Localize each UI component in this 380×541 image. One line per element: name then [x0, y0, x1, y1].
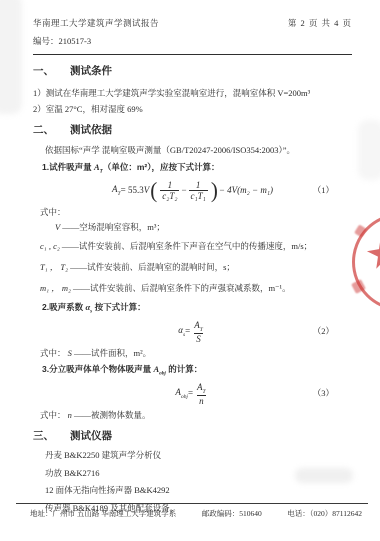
formula-var-row-c: c₁ , c₂ ——试件安装前、后混响室条件下声音在空气中的传播速度，m/s；	[33, 241, 352, 252]
subsection-3-text-post: 的计算：	[168, 364, 202, 374]
instrument-item: 12 面体无指向性扬声器 B&K4292	[33, 485, 352, 496]
section-heading-test-conditions: 一、 测试条件	[33, 65, 352, 79]
paren-close: )	[211, 180, 218, 202]
fraction-num: AT	[192, 320, 205, 333]
var-desc: ——空场混响室容积，m³；	[62, 222, 165, 233]
var-desc: ——被测物体数量。	[74, 410, 151, 420]
instrument-item: 功放 B&K2716	[33, 468, 352, 479]
subsection-1-label: 1.试件吸声量 AT（单位：m²），应按下式计算：	[33, 162, 352, 176]
doc-number-row: 编号：210517-3	[33, 36, 352, 47]
formula-1: AT = 55.3 V ( 1 c₂T₂ − 1 c₁T₁ ) − 4V(m₂ …	[33, 180, 352, 202]
var-desc: ——试件安装前、后混响室条件下的声强衰减系数，m⁻¹。	[73, 283, 291, 294]
instrument-item: 丹麦 B&K2250 建筑声学分析仪	[33, 450, 352, 461]
standard-reference: 依据国标“声学 混响室吸声测量（GB/T20247-2006/ISO354:20…	[33, 145, 352, 156]
symbol-AT: AT	[94, 162, 103, 172]
paren-open: (	[150, 180, 157, 202]
minus-sign: −	[181, 185, 186, 197]
subsection-3-text: 3.分立吸声体单个物体吸声量	[42, 364, 151, 374]
formula-3-eq: =	[188, 388, 193, 400]
scanned-report-page: 华南理工大学建筑声学测试报告 第 2 页 共 4 页 编号：210517-3 一…	[0, 0, 380, 541]
where-row-2: 式中： S ——试件面积，m²。	[33, 348, 352, 359]
subsection-2-label: 2.吸声系数 αs 按下式计算：	[33, 302, 352, 316]
section-title: 测试依据	[70, 124, 112, 138]
formula-1-tail: − 4V(m₂ − m₁)	[219, 185, 273, 197]
subsection-1-text-post: （单位：m²），应按下式计算：	[103, 162, 220, 172]
section-number: 三、	[33, 430, 54, 444]
symbol-A-obj: Aobj	[153, 364, 165, 374]
fraction-4: AT n	[195, 382, 208, 407]
formula-3: Aobj = AT n （3）	[33, 382, 352, 407]
page-header: 华南理工大学建筑声学测试报告 第 2 页 共 4 页	[33, 18, 352, 29]
where-label: 式中：	[40, 410, 66, 420]
section-heading-test-instruments: 三、 测试仪器	[33, 430, 352, 444]
formula-var-row-V: V ——空场混响室容积，m³；	[33, 222, 352, 233]
var-desc: ——试件面积，m²。	[74, 348, 151, 358]
formula-var-row-m: m₁ ， m₂ ——试件安装前、后混响室条件下的声强衰减系数，m⁻¹。	[33, 283, 352, 294]
where-label: 式中：	[40, 348, 66, 358]
formula-1-V: V	[144, 185, 150, 197]
scan-artifact	[358, 120, 380, 180]
header-rule	[33, 54, 352, 55]
footer-address: 地址：广州市 五山路 华南理工大学建筑学系	[30, 509, 176, 519]
formula-1-lhs: AT	[112, 184, 121, 198]
subsection-2-text: 2.吸声系数	[42, 302, 83, 312]
var-symbol: V	[55, 222, 60, 233]
formula-2: αs = AT S （2）	[33, 320, 352, 345]
where-label-1: 式中：	[33, 207, 352, 218]
subsection-2-text-post: 按下式计算：	[95, 302, 146, 312]
where-row-3: 式中： n ——被测物体数量。	[33, 410, 352, 421]
subsection-3-label: 3.分立吸声体单个物体吸声量 Aobj 的计算：	[33, 364, 352, 378]
subsection-1-text: 1.试件吸声量	[42, 162, 92, 172]
section-heading-test-basis: 二、 测试依据	[33, 124, 352, 138]
var-symbol: S	[68, 348, 72, 358]
var-symbol: n	[68, 410, 72, 420]
fraction-num: AT	[195, 382, 208, 395]
formula-var-row-T: T₁ ， T₂ ——试件安装前、后混响室的混响时间，s；	[33, 262, 352, 273]
var-symbol: m₁ ， m₂	[40, 283, 71, 294]
condition-item-1: 1）测试在华南理工大学建筑声学实验室混响室进行，混响室体积 V=200m³	[33, 88, 352, 99]
fraction-2: 1 c₁T₁	[189, 180, 208, 202]
formula-2-eq: =	[185, 326, 190, 338]
footer-phone: 电话：（020）87112642	[287, 509, 362, 519]
section-title: 测试仪器	[70, 430, 112, 444]
equation-number-2: （2）	[313, 326, 334, 337]
var-symbol: c₁ , c₂	[40, 241, 60, 252]
formula-2-lhs: αs	[178, 325, 185, 339]
var-desc: ——试件安装前、后混响室的混响时间，s；	[70, 262, 235, 273]
page-content: 华南理工大学建筑声学测试报告 第 2 页 共 4 页 编号：210517-3 一…	[33, 18, 352, 514]
footer-postcode: 邮政编码：510640	[202, 509, 262, 519]
formula-1-eq: = 55.3	[121, 185, 144, 197]
section-title: 测试条件	[70, 65, 112, 79]
equation-number-3: （3）	[313, 388, 334, 399]
equation-number-1: （1）	[313, 185, 334, 196]
report-title: 华南理工大学建筑声学测试报告	[33, 18, 159, 29]
section-number: 一、	[33, 65, 54, 79]
condition-item-2: 2）室温 27°C，相对湿度 69%	[33, 104, 352, 115]
section-number: 二、	[33, 124, 54, 138]
var-desc: ——试件安装前、后混响室条件下声音在空气中的传播速度，m/s；	[62, 241, 312, 252]
var-symbol: T₁ ， T₂	[40, 262, 68, 273]
page-indicator: 第 2 页 共 4 页	[288, 18, 352, 29]
page-footer: 地址：广州市 五山路 华南理工大学建筑学系 邮政编码：510640 电话：（02…	[16, 503, 368, 519]
fraction-1: 1 c₂T₂	[160, 180, 179, 202]
fraction-3: AT S	[192, 320, 205, 345]
formula-3-lhs: Aobj	[175, 387, 188, 401]
scan-artifact	[0, 0, 22, 114]
doc-number: 210517-3	[59, 36, 92, 46]
doc-number-label: 编号：	[33, 36, 59, 46]
symbol-alpha-s: αs	[85, 302, 92, 312]
